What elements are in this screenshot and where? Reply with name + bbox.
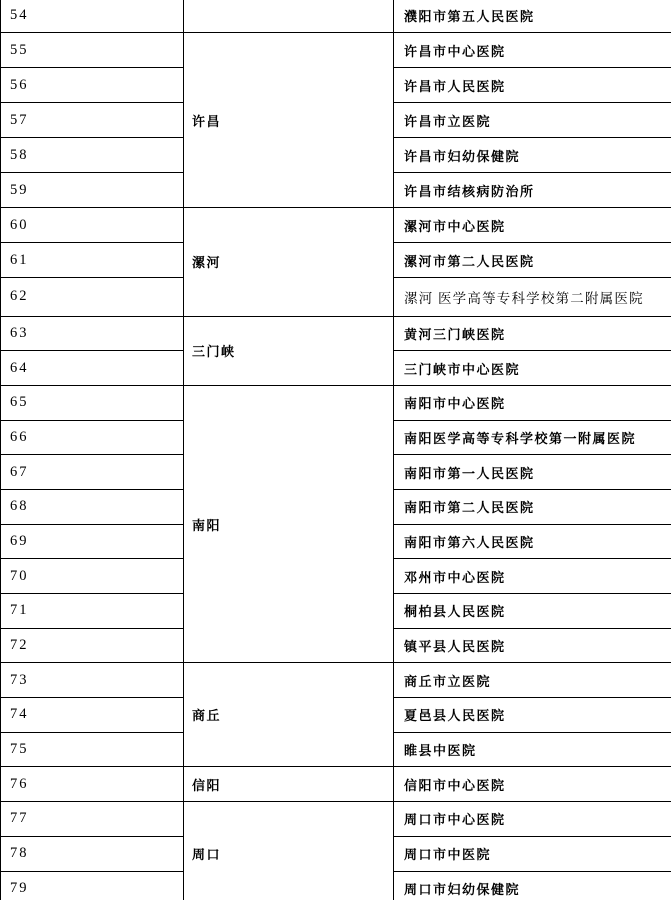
- table-row: 73 商丘 商丘市立医院: [1, 663, 671, 698]
- hospital-name: 邓州市中心医院: [394, 559, 671, 594]
- row-number: 74: [1, 698, 184, 733]
- hospital-name: 镇平县人民医院: [394, 628, 671, 663]
- hospital-name: 桐柏县人民医院: [394, 594, 671, 629]
- city-cell: 信阳: [184, 767, 394, 802]
- hospital-name: 漯河市中心医院: [394, 208, 671, 243]
- city-cell: 三门峡: [184, 316, 394, 385]
- row-number: 66: [1, 420, 184, 455]
- hospital-name: 南阳市第二人民医院: [394, 489, 671, 524]
- hospital-table: 54 濮阳市第五人民医院 55 许昌 许昌市中心医院 56 许昌市人民医院 57…: [0, 0, 671, 900]
- hospital-name: 许昌市中心医院: [394, 33, 671, 68]
- row-number: 58: [1, 138, 184, 173]
- city-cell: 漯河: [184, 208, 394, 317]
- row-number: 69: [1, 524, 184, 559]
- city-cell: [184, 0, 394, 33]
- row-number: 70: [1, 559, 184, 594]
- row-number: 78: [1, 836, 184, 871]
- table-row: 55 许昌 许昌市中心医院: [1, 33, 671, 68]
- hospital-name: 南阳医学高等专科学校第一附属医院: [394, 420, 671, 455]
- row-number: 64: [1, 351, 184, 386]
- hospital-name: 周口市中心医院: [394, 802, 671, 837]
- hospital-name: 南阳市第一人民医院: [394, 455, 671, 490]
- row-number: 71: [1, 594, 184, 629]
- row-number: 62: [1, 278, 184, 317]
- hospital-name: 漯河市第二人民医院: [394, 243, 671, 278]
- hospital-name: 许昌市人民医院: [394, 68, 671, 103]
- hospital-name: 许昌市结核病防治所: [394, 173, 671, 208]
- row-number: 54: [1, 0, 184, 33]
- row-number: 57: [1, 103, 184, 138]
- table-row: 65 南阳 南阳市中心医院: [1, 385, 671, 420]
- row-number: 73: [1, 663, 184, 698]
- city-cell: 许昌: [184, 33, 394, 208]
- row-number: 75: [1, 732, 184, 767]
- table-row: 60 漯河 漯河市中心医院: [1, 208, 671, 243]
- hospital-name: 南阳市第六人民医院: [394, 524, 671, 559]
- row-number: 59: [1, 173, 184, 208]
- row-number: 77: [1, 802, 184, 837]
- row-number: 67: [1, 455, 184, 490]
- table-row: 77 周口 周口市中心医院: [1, 802, 671, 837]
- hospital-name: 商丘市立医院: [394, 663, 671, 698]
- hospital-name: 许昌市妇幼保健院: [394, 138, 671, 173]
- hospital-name: 许昌市立医院: [394, 103, 671, 138]
- document-page: 54 濮阳市第五人民医院 55 许昌 许昌市中心医院 56 许昌市人民医院 57…: [0, 0, 671, 900]
- city-cell: 商丘: [184, 663, 394, 767]
- row-number: 79: [1, 871, 184, 900]
- hospital-name: 三门峡市中心医院: [394, 351, 671, 386]
- table-row: 63 三门峡 黄河三门峡医院: [1, 316, 671, 351]
- row-number: 56: [1, 68, 184, 103]
- row-number: 60: [1, 208, 184, 243]
- row-number: 65: [1, 385, 184, 420]
- hospital-name: 漯河 医学高等专科学校第二附属医院: [394, 278, 671, 317]
- table-row: 76 信阳 信阳市中心医院: [1, 767, 671, 802]
- row-number: 63: [1, 316, 184, 351]
- row-number: 61: [1, 243, 184, 278]
- hospital-name: 夏邑县人民医院: [394, 698, 671, 733]
- row-number: 72: [1, 628, 184, 663]
- hospital-name: 黄河三门峡医院: [394, 316, 671, 351]
- hospital-name: 周口市妇幼保健院: [394, 871, 671, 900]
- hospital-name: 睢县中医院: [394, 732, 671, 767]
- hospital-name: 周口市中医院: [394, 836, 671, 871]
- hospital-name: 南阳市中心医院: [394, 385, 671, 420]
- hospital-name: 濮阳市第五人民医院: [394, 0, 671, 33]
- row-number: 76: [1, 767, 184, 802]
- row-number: 68: [1, 489, 184, 524]
- city-cell: 南阳: [184, 385, 394, 663]
- hospital-name: 信阳市中心医院: [394, 767, 671, 802]
- table-row: 54 濮阳市第五人民医院: [1, 0, 671, 33]
- row-number: 55: [1, 33, 184, 68]
- city-cell: 周口: [184, 802, 394, 900]
